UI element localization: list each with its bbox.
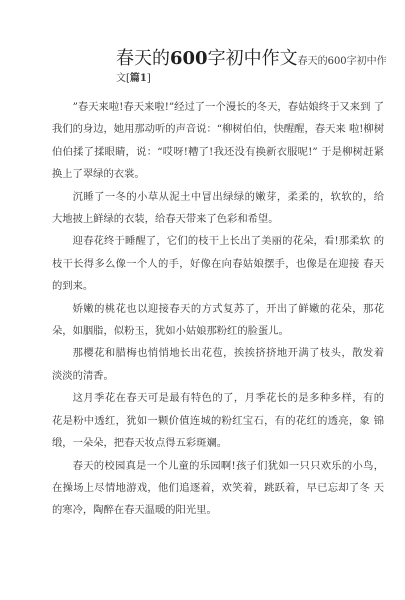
paragraph-6: 这月季花在春天可是最有特色的了，月季花长的是多种多样，有的 花是粉中透红，犹如一…	[52, 387, 384, 454]
paragraph-3: 迎春花终于睡醒了，它们的枝干上长出了美丽的花朵，看!那柔软 的枝干长得多么像一个…	[52, 230, 384, 297]
title-line-2: 文[篇1]	[116, 74, 396, 84]
paragraph-1: ”春天来啦!春天来啦!”经过了一个漫长的冬天，春姑娘终于又来到 了我们的身边，她…	[52, 96, 384, 186]
title-line2-post: ]	[147, 73, 151, 84]
document-page: 春天的600字初中作文春天的600字初中作 文[篇1] ”春天来啦!春天来啦!”…	[0, 0, 405, 600]
paragraph-2: 沉睡了一冬的小草从泥土中冒出绿绿的嫩芽，柔柔的，软软的，给 大地披上鲜绿的衣装，…	[52, 186, 384, 231]
title-main: 春天的600字初中作文	[116, 48, 298, 69]
title-part-label: 篇1	[130, 73, 147, 84]
title-main-number: 600	[170, 48, 208, 69]
paragraph-7: 春天的校园真是一个儿童的乐园啊!孩子们犹如一只只欢乐的小鸟，在操场上尽情地游戏，…	[52, 455, 384, 522]
title-line-1: 春天的600字初中作文春天的600字初中作	[116, 50, 396, 68]
title-subtitle: 春天的600字初中作	[298, 56, 387, 67]
paragraph-4: 娇嫩的桃花也以迎接春天的方式复苏了，开出了鲜嫩的花朵，那花 朵，如胭脂，似粉玉，…	[52, 298, 384, 343]
document-title: 春天的600字初中作文春天的600字初中作 文[篇1]	[116, 50, 396, 84]
paragraph-5: 那樱花和腊梅也悄悄地长出花苞，挨挨挤挤地开满了枝头，散发着 淡淡的清香。	[52, 342, 384, 387]
title-main-pre: 春天的	[116, 48, 170, 69]
title-main-post: 字初中作文	[208, 48, 298, 69]
title-line2-pre: 文[	[116, 73, 130, 84]
essay-body: ”春天来啦!春天来啦!”经过了一个漫长的冬天，春姑娘终于又来到 了我们的身边，她…	[52, 96, 384, 522]
